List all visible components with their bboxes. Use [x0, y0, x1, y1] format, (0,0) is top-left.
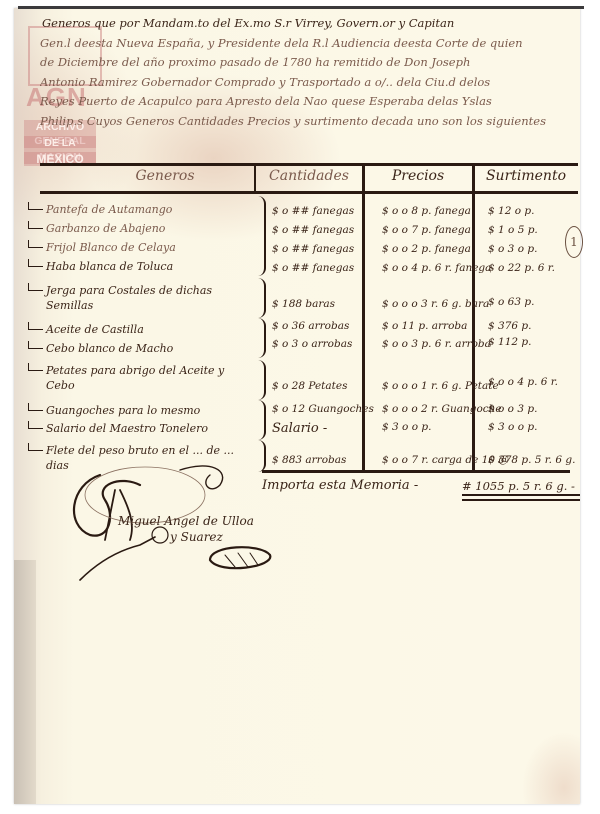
cell-precio: $ 3 o o p.: [382, 421, 431, 433]
table-row-genero: Aceite de Castilla: [46, 322, 256, 337]
column-header-surtimento: Surtimento: [474, 168, 578, 184]
cell-cantidad: $ o 12 Guangoches: [272, 403, 374, 415]
column-divider: [472, 163, 475, 471]
cell-importe: $ o o 3 p.: [488, 403, 537, 415]
total-value: # 1055 p. 5 r. 6 g. -: [462, 479, 575, 493]
row-brace: [254, 400, 266, 440]
column-header-generos: Generos: [80, 168, 250, 184]
document-header: Generos que por Mandam.to del Ex.mo S.r …: [40, 14, 580, 131]
cell-cantidad: $ o 28 Petates: [272, 380, 347, 392]
row-brace: [254, 360, 266, 400]
cell-cantidad: $ o ## fanegas: [272, 205, 354, 217]
table-row-genero: Frijol Blanco de Celaya: [46, 240, 256, 255]
page-fold-shadow: [14, 560, 36, 804]
column-header-precios: Precios: [364, 168, 472, 184]
cell-importe: $ 112 p.: [488, 336, 531, 348]
table-header-rule: [40, 191, 578, 194]
cell-importe: $ 1 o 5 p.: [488, 224, 538, 236]
table-row-genero: Cebo blanco de Macho: [46, 341, 256, 356]
table-row-genero: Guangoches para lo mesmo: [46, 403, 256, 418]
row-brace: [254, 318, 266, 358]
row-brace: [254, 278, 266, 318]
total-underline: [462, 494, 580, 496]
cell-precio: $ o o 8 p. fanega: [382, 205, 471, 217]
cell-cantidad: Salario -: [272, 421, 327, 436]
cell-precio: $ o o o 2 r. Guangoche: [382, 403, 502, 415]
table-row-genero: Jerga para Costales de dichas Semillas: [46, 283, 256, 313]
cell-precio: $ o o 2 p. fanega: [382, 243, 471, 255]
page-number-annotation: 1: [565, 226, 583, 258]
header-line: de Diciembre del año proximo pasado de 1…: [40, 53, 580, 73]
column-header-cantidades: Cantidades: [256, 168, 362, 184]
cell-precio: $ o o 4 p. 6 r. fanega: [382, 262, 491, 274]
header-line: Reyes Puerto de Acapulco para Apresto de…: [40, 92, 580, 112]
header-line: Antonio Ramirez Gobernador Comprado y Tr…: [40, 73, 580, 93]
table-row-genero: Pantefa de Autamango: [46, 202, 256, 217]
table-top-rule: [40, 163, 578, 166]
cell-importe: $ o o 4 p. 6 r.: [488, 376, 558, 388]
header-line: Generos que por Mandam.to del Ex.mo S.r …: [40, 14, 580, 34]
header-line: Philip.s Cuyos Generos Cantidades Precio…: [40, 112, 580, 132]
cell-precio: $ o 11 p. arroba: [382, 320, 467, 332]
cell-precio: $ o o 3 p. 6 r. arroba: [382, 338, 491, 350]
cell-precio: $ o o o 3 r. 6 g. bara: [382, 298, 489, 310]
cell-importe: $ o 63 p.: [488, 296, 534, 308]
cell-importe: $ 3 o o p.: [488, 421, 537, 433]
header-line: Gen.l deesta Nueva España, y Presidente …: [40, 34, 580, 54]
cell-cantidad: $ 188 baras: [272, 298, 335, 310]
cell-importe: $ 376 p.: [488, 320, 531, 332]
signature-name-line-2: y Suarez: [170, 530, 223, 544]
cell-importe: $ o 3 o p.: [488, 243, 537, 255]
table-bottom-rule: [262, 470, 570, 473]
cell-cantidad: $ o ## fanegas: [272, 243, 354, 255]
cell-cantidad: $ o 3 o arrobas: [272, 338, 352, 350]
cell-importe: $ 12 o p.: [488, 205, 534, 217]
column-divider: [362, 163, 365, 471]
cell-cantidad: $ o 36 arrobas: [272, 320, 349, 332]
row-brace: [254, 196, 266, 276]
table-row-genero: Haba blanca de Toluca: [46, 259, 256, 274]
cell-cantidad: $ o ## fanegas: [272, 262, 354, 274]
cell-importe: $ 378 p. 5 r. 6 g.: [488, 454, 575, 466]
table-row-genero: Petates para abrigo del Aceite y Cebo: [46, 363, 256, 393]
cell-cantidad: $ o ## fanegas: [272, 224, 354, 236]
table-row-genero: Garbanzo de Abajeno: [46, 221, 256, 236]
cell-precio: $ o o 7 p. fanega: [382, 224, 471, 236]
cell-precio: $ o o o 1 r. 6 g. Petate: [382, 380, 499, 392]
table-row-genero: Salario del Maestro Tonelero: [46, 421, 256, 436]
cell-importe: $ o 22 p. 6 r.: [488, 262, 555, 274]
signature-name-line-1: Miguel Angel de Ulloa: [118, 514, 254, 528]
page-top-edge: [18, 6, 584, 9]
total-double-underline: [462, 499, 580, 501]
